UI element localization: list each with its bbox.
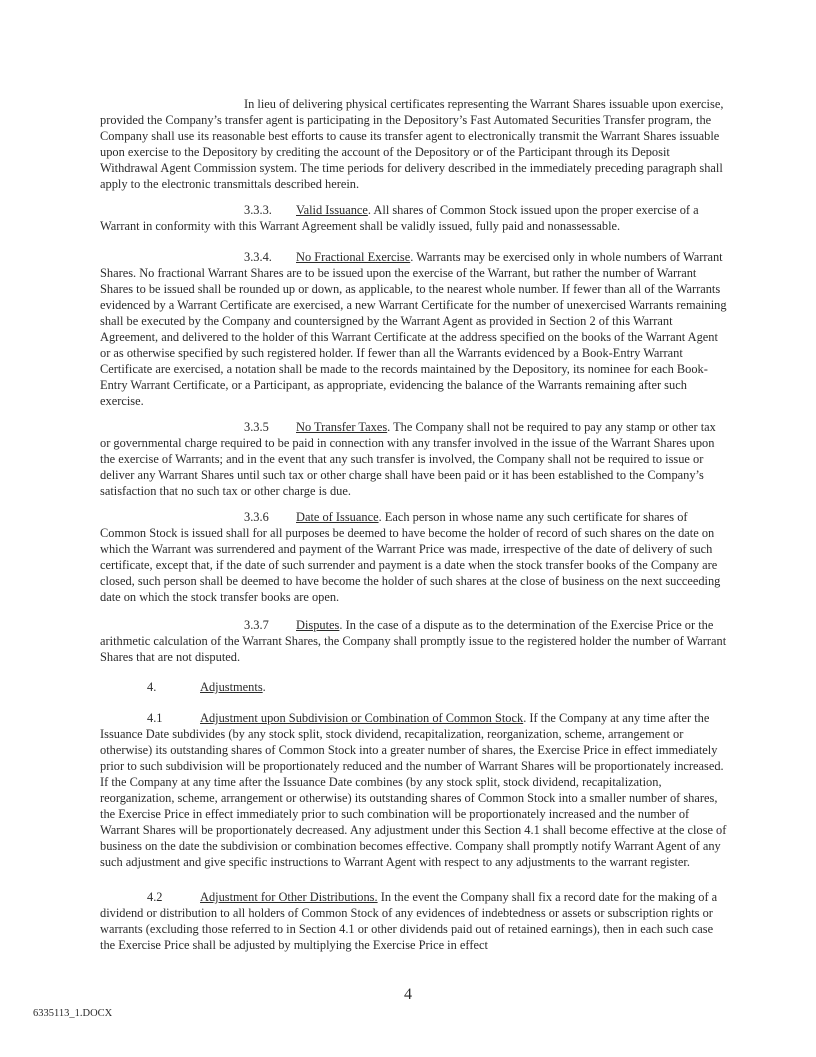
- section-number: 3.3.7: [244, 617, 296, 633]
- paragraph-electronic-delivery: In lieu of delivering physical certifica…: [100, 96, 728, 192]
- paragraph-text: In lieu of delivering physical certifica…: [100, 97, 723, 191]
- section-number: 4.1: [147, 710, 200, 726]
- section-3-3-5: 3.3.5No Transfer Taxes. The Company shal…: [100, 419, 728, 499]
- section-text: .: [263, 680, 266, 694]
- section-number: 4.: [147, 679, 200, 695]
- section-text: . In the case of a dispute as to the det…: [100, 618, 726, 664]
- section-heading: No Fractional Exercise: [296, 250, 410, 264]
- section-heading: Disputes: [296, 618, 339, 632]
- section-3-3-4: 3.3.4.No Fractional Exercise. Warrants m…: [100, 249, 728, 409]
- section-text: . Each person in whose name any such cer…: [100, 510, 720, 604]
- section-heading: Adjustments: [200, 680, 263, 694]
- section-number: 3.3.4.: [244, 249, 296, 265]
- section-number: 3.3.3.: [244, 202, 296, 218]
- section-text: . If the Company at any time after the I…: [100, 711, 726, 869]
- section-3-3-7: 3.3.7Disputes. In the case of a dispute …: [100, 617, 728, 665]
- section-number: 3.3.6: [244, 509, 296, 525]
- document-id-footer: 6335113_1.DOCX: [33, 1008, 112, 1019]
- section-text: . All shares of Common Stock issued upon…: [100, 203, 699, 233]
- section-4-heading: 4.Adjustments.: [100, 679, 728, 695]
- section-4-2: 4.2Adjustment for Other Distributions. I…: [100, 889, 728, 953]
- page-number: 4: [404, 986, 412, 1004]
- section-text: . The Company shall not be required to p…: [100, 420, 716, 498]
- section-text: . Warrants may be exercised only in whol…: [100, 250, 727, 408]
- section-heading: Adjustment upon Subdivision or Combinati…: [200, 711, 523, 725]
- section-heading: Date of Issuance: [296, 510, 379, 524]
- section-number: 3.3.5: [244, 419, 296, 435]
- section-number: 4.2: [147, 889, 200, 905]
- section-3-3-3: 3.3.3.Valid Issuance. All shares of Comm…: [100, 202, 728, 234]
- section-4-1: 4.1Adjustment upon Subdivision or Combin…: [100, 710, 728, 870]
- section-heading: Valid Issuance: [296, 203, 368, 217]
- section-heading: Adjustment for Other Distributions.: [200, 890, 378, 904]
- document-page: In lieu of delivering physical certifica…: [0, 0, 816, 1057]
- section-3-3-6: 3.3.6Date of Issuance. Each person in wh…: [100, 509, 728, 605]
- section-heading: No Transfer Taxes: [296, 420, 387, 434]
